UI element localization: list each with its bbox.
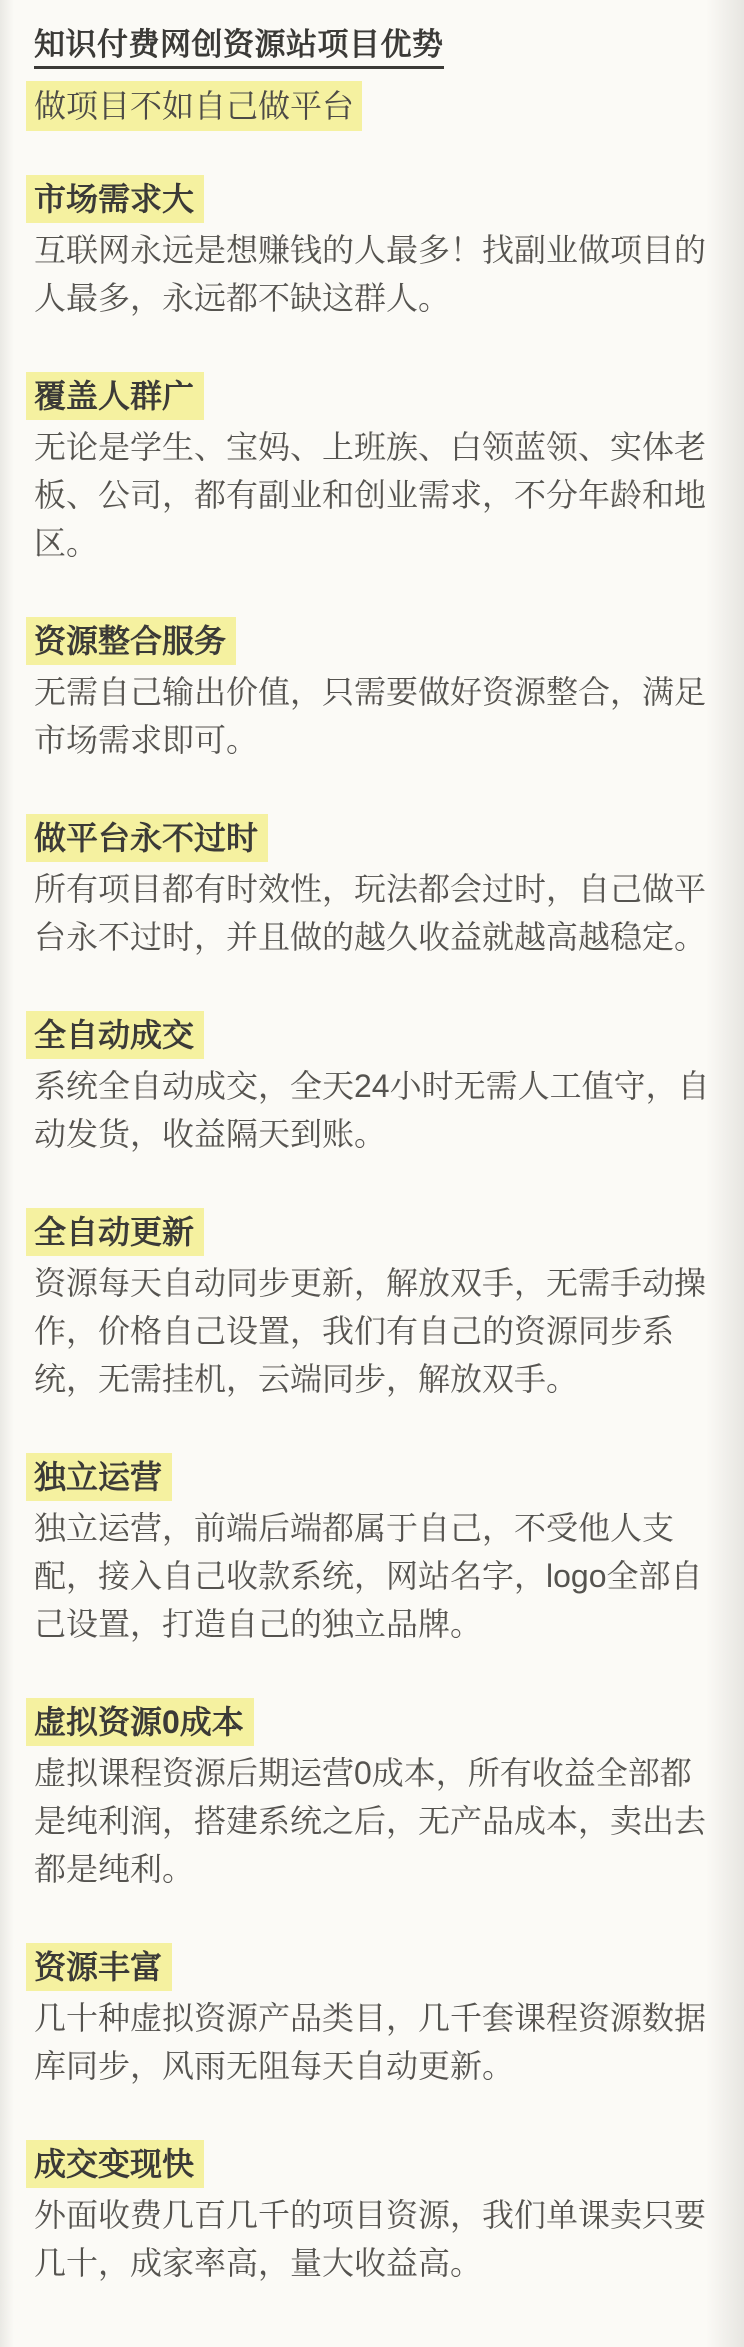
section-body-text: 外面收费几百几千的项目资源，我们单课卖只要几十，成家率高，量大收益高。 [34, 2191, 714, 2287]
section-heading-highlight: 做平台永不过时 [26, 814, 268, 862]
section-heading-highlight: 覆盖人群广 [26, 372, 204, 420]
advantage-section: 资源丰富 几十种虚拟资源产品类目，几千套课程资源数据库同步，风雨无阻每天自动更新… [34, 1943, 714, 2090]
section-heading-row: 全自动更新 [34, 1208, 714, 1256]
section-heading-row: 做平台永不过时 [34, 814, 714, 862]
advantage-section: 成交变现快 外面收费几百几千的项目资源，我们单课卖只要几十，成家率高，量大收益高… [34, 2140, 714, 2287]
section-body-text: 无论是学生、宝妈、上班族、白领蓝领、实体老板、公司，都有副业和创业需求，不分年龄… [34, 423, 714, 567]
advantage-section: 做平台永不过时 所有项目都有时效性，玩法都会过时，自己做平台永不过时，并且做的越… [34, 814, 714, 961]
section-heading-row: 资源整合服务 [34, 617, 714, 665]
section-body-text: 系统全自动成交，全天24小时无需人工值守，自动发货，收益隔天到账。 [34, 1062, 714, 1158]
section-heading-row: 虚拟资源0成本 [34, 1698, 714, 1746]
section-heading-highlight: 资源整合服务 [26, 617, 236, 665]
section-heading-highlight: 资源丰富 [26, 1943, 172, 1991]
section-heading-highlight: 成交变现快 [26, 2140, 204, 2188]
section-heading-highlight: 市场需求大 [26, 175, 204, 223]
advantage-section: 覆盖人群广 无论是学生、宝妈、上班族、白领蓝领、实体老板、公司，都有副业和创业需… [34, 372, 714, 567]
section-heading-row: 成交变现快 [34, 2140, 714, 2188]
advantage-section: 全自动成交 系统全自动成交，全天24小时无需人工值守，自动发货，收益隔天到账。 [34, 1011, 714, 1158]
section-heading-highlight: 独立运营 [26, 1453, 172, 1501]
section-heading-highlight: 虚拟资源0成本 [26, 1698, 254, 1746]
section-heading-row: 资源丰富 [34, 1943, 714, 1991]
page-subtitle-highlight: 做项目不如自己做平台 [26, 81, 362, 131]
section-heading-row: 覆盖人群广 [34, 372, 714, 420]
section-body-text: 虚拟课程资源后期运营0成本，所有收益全部都是纯利润，搭建系统之后，无产品成本，卖… [34, 1749, 714, 1893]
section-body-text: 无需自己输出价值，只需要做好资源整合，满足市场需求即可。 [34, 668, 714, 764]
section-body-text: 资源每天自动同步更新，解放双手，无需手动操作，价格自己设置，我们有自己的资源同步… [34, 1259, 714, 1403]
article-page: 知识付费网创资源站项目优势 做项目不如自己做平台 市场需求大 互联网永远是想赚钱… [0, 0, 744, 2347]
section-heading-row: 全自动成交 [34, 1011, 714, 1059]
section-heading-row: 独立运营 [34, 1453, 714, 1501]
section-body-text: 独立运营，前端后端都属于自己，不受他人支配，接入自己收款系统，网站名字，logo… [34, 1504, 714, 1648]
section-heading-highlight: 全自动更新 [26, 1208, 204, 1256]
section-heading-row: 市场需求大 [34, 175, 714, 223]
advantage-section: 市场需求大 互联网永远是想赚钱的人最多！找副业做项目的人最多，永远都不缺这群人。 [34, 175, 714, 322]
section-body-text: 互联网永远是想赚钱的人最多！找副业做项目的人最多，永远都不缺这群人。 [34, 226, 714, 322]
page-subtitle-row: 做项目不如自己做平台 [34, 81, 714, 131]
advantage-section: 独立运营 独立运营，前端后端都属于自己，不受他人支配，接入自己收款系统，网站名字… [34, 1453, 714, 1648]
advantage-sections-list: 市场需求大 互联网永远是想赚钱的人最多！找副业做项目的人最多，永远都不缺这群人。… [34, 175, 714, 2287]
section-heading-highlight: 全自动成交 [26, 1011, 204, 1059]
section-body-text: 所有项目都有时效性，玩法都会过时，自己做平台永不过时，并且做的越久收益就越高越稳… [34, 865, 714, 961]
advantage-section: 虚拟资源0成本 虚拟课程资源后期运营0成本，所有收益全部都是纯利润，搭建系统之后… [34, 1698, 714, 1893]
section-body-text: 几十种虚拟资源产品类目，几千套课程资源数据库同步，风雨无阻每天自动更新。 [34, 1994, 714, 2090]
advantage-section: 全自动更新 资源每天自动同步更新，解放双手，无需手动操作，价格自己设置，我们有自… [34, 1208, 714, 1403]
page-title: 知识付费网创资源站项目优势 [34, 26, 444, 69]
advantage-section: 资源整合服务 无需自己输出价值，只需要做好资源整合，满足市场需求即可。 [34, 617, 714, 764]
